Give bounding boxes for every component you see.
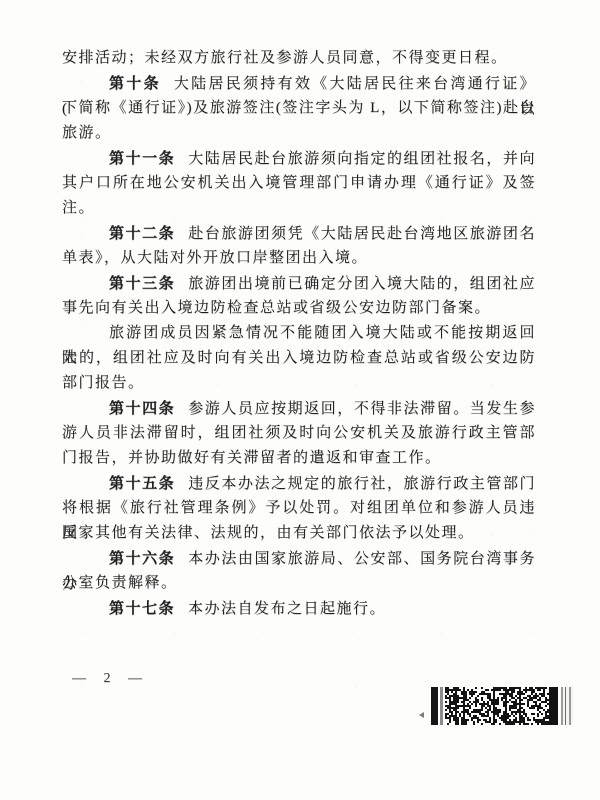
text-line: 其户口所在地公安机关出入境管理部门申请办理《通行证》及签 xyxy=(62,171,536,196)
text-line: 第十六条本办法由国家旅游局、公安部、国务院台湾事务办 xyxy=(62,546,536,571)
barcode-data-region xyxy=(445,687,549,725)
paragraph: 第十二条赴台旅游团须凭《大陆居民赴台湾地区旅游团名单表》，从大陆对外开放口岸整团… xyxy=(62,221,536,271)
text-line: 事先向有关出入境边防检查总站或省级公安边防部门备案。 xyxy=(62,296,536,321)
text-line: 陆的，组团社应及时向有关出入境边防检查总站或省级公安边防 xyxy=(62,346,536,371)
text-line: 部门报告。 xyxy=(62,371,536,396)
article-number: 第十六条 xyxy=(109,550,175,567)
document-body: 安排活动；未经双方旅行社及参游人员同意，不得变更日程。第十条大陆居民须持有效《大… xyxy=(62,46,536,621)
paragraph: 第十一条大陆居民赴台旅游须向指定的组团社报名，并向其户口所在地公安机关出入境管理… xyxy=(62,146,536,221)
page-number: — 2 — xyxy=(72,671,149,687)
paragraph: 第十四条参游人员应按期返回，不得非法滞留。当发生参游人员非法滞留时，组团社须及时… xyxy=(62,396,536,471)
text-line: 注。 xyxy=(62,196,536,221)
article-number: 第十三条 xyxy=(109,275,175,292)
text-line: 第十七条本办法自发布之日起施行。 xyxy=(62,596,536,621)
article-number: 第十四条 xyxy=(109,400,175,417)
text-line: 第十二条赴台旅游团须凭《大陆居民赴台湾地区旅游团名 xyxy=(62,221,536,246)
document-page: 安排活动；未经双方旅行社及参游人员同意，不得变更日程。第十条大陆居民须持有效《大… xyxy=(0,0,600,800)
text-line: 门报告，并协助做好有关滞留者的遣返和审查工作。 xyxy=(62,446,536,471)
text-line: 下简称《通行证》)及旅游签注(签注字头为 L，以下简称签注)赴台 xyxy=(62,96,536,121)
paragraph: 安排活动；未经双方旅行社及参游人员同意，不得变更日程。 xyxy=(62,46,536,71)
article-number: 第十五条 xyxy=(109,475,175,492)
barcode-stop-bar xyxy=(549,687,558,725)
paragraph: 第十七条本办法自发布之日起施行。 xyxy=(62,596,536,621)
scan-speck xyxy=(419,712,424,718)
text-line: 第十三条旅游团出境前已确定分团入境大陆的，组团社应 xyxy=(62,271,536,296)
paragraph: 第十六条本办法由国家旅游局、公安部、国务院台湾事务办公室负责解释。 xyxy=(62,546,536,596)
barcode-quiet-stripes xyxy=(561,687,573,725)
paragraph: 第十三条旅游团出境前已确定分团入境大陆的，组团社应事先向有关出入境边防检查总站或… xyxy=(62,271,536,321)
text-line: 单表》，从大陆对外开放口岸整团出入境。 xyxy=(62,246,536,271)
paragraph: 第十五条违反本办法之规定的旅行社，旅游行政主管部门将根据《旅行社管理条例》予以处… xyxy=(62,471,536,546)
paragraph: 第十条大陆居民须持有效《大陆居民往来台湾通行证》(以下简称《通行证》)及旅游签注… xyxy=(62,71,536,146)
text-line: 游人员非法滞留时，组团社须及时向公安机关及旅游行政主管部 xyxy=(62,421,536,446)
text-line: 国家其他有关法律、法规的，由有关部门依法予以处理。 xyxy=(62,521,536,546)
article-number: 第十二条 xyxy=(109,225,175,242)
barcode-start-bar xyxy=(431,687,438,725)
text-line: 旅游。 xyxy=(62,121,536,146)
barcode-2d-icon xyxy=(431,687,573,725)
text-line: 将根据《旅行社管理条例》予以处罚。对组团单位和参游人员违反 xyxy=(62,496,536,521)
text-line: 旅游团成员因紧急情况不能随团入境大陆或不能按期返回大 xyxy=(62,321,536,346)
article-number: 第十条 xyxy=(109,75,161,92)
text-line: 第十一条大陆居民赴台旅游须向指定的组团社报名，并向 xyxy=(62,146,536,171)
text-line: 第十四条参游人员应按期返回，不得非法滞留。当发生参 xyxy=(62,396,536,421)
paragraph: 旅游团成员因紧急情况不能随团入境大陆或不能按期返回大陆的，组团社应及时向有关出入… xyxy=(62,321,536,396)
text-line: 公室负责解释。 xyxy=(62,571,536,596)
article-number: 第十七条 xyxy=(109,600,175,617)
text-line: 第十五条违反本办法之规定的旅行社，旅游行政主管部门 xyxy=(62,471,536,496)
text-line: 安排活动；未经双方旅行社及参游人员同意，不得变更日程。 xyxy=(62,46,536,71)
text-line: 第十条大陆居民须持有效《大陆居民往来台湾通行证》(以 xyxy=(62,71,536,96)
article-number: 第十一条 xyxy=(109,150,175,167)
